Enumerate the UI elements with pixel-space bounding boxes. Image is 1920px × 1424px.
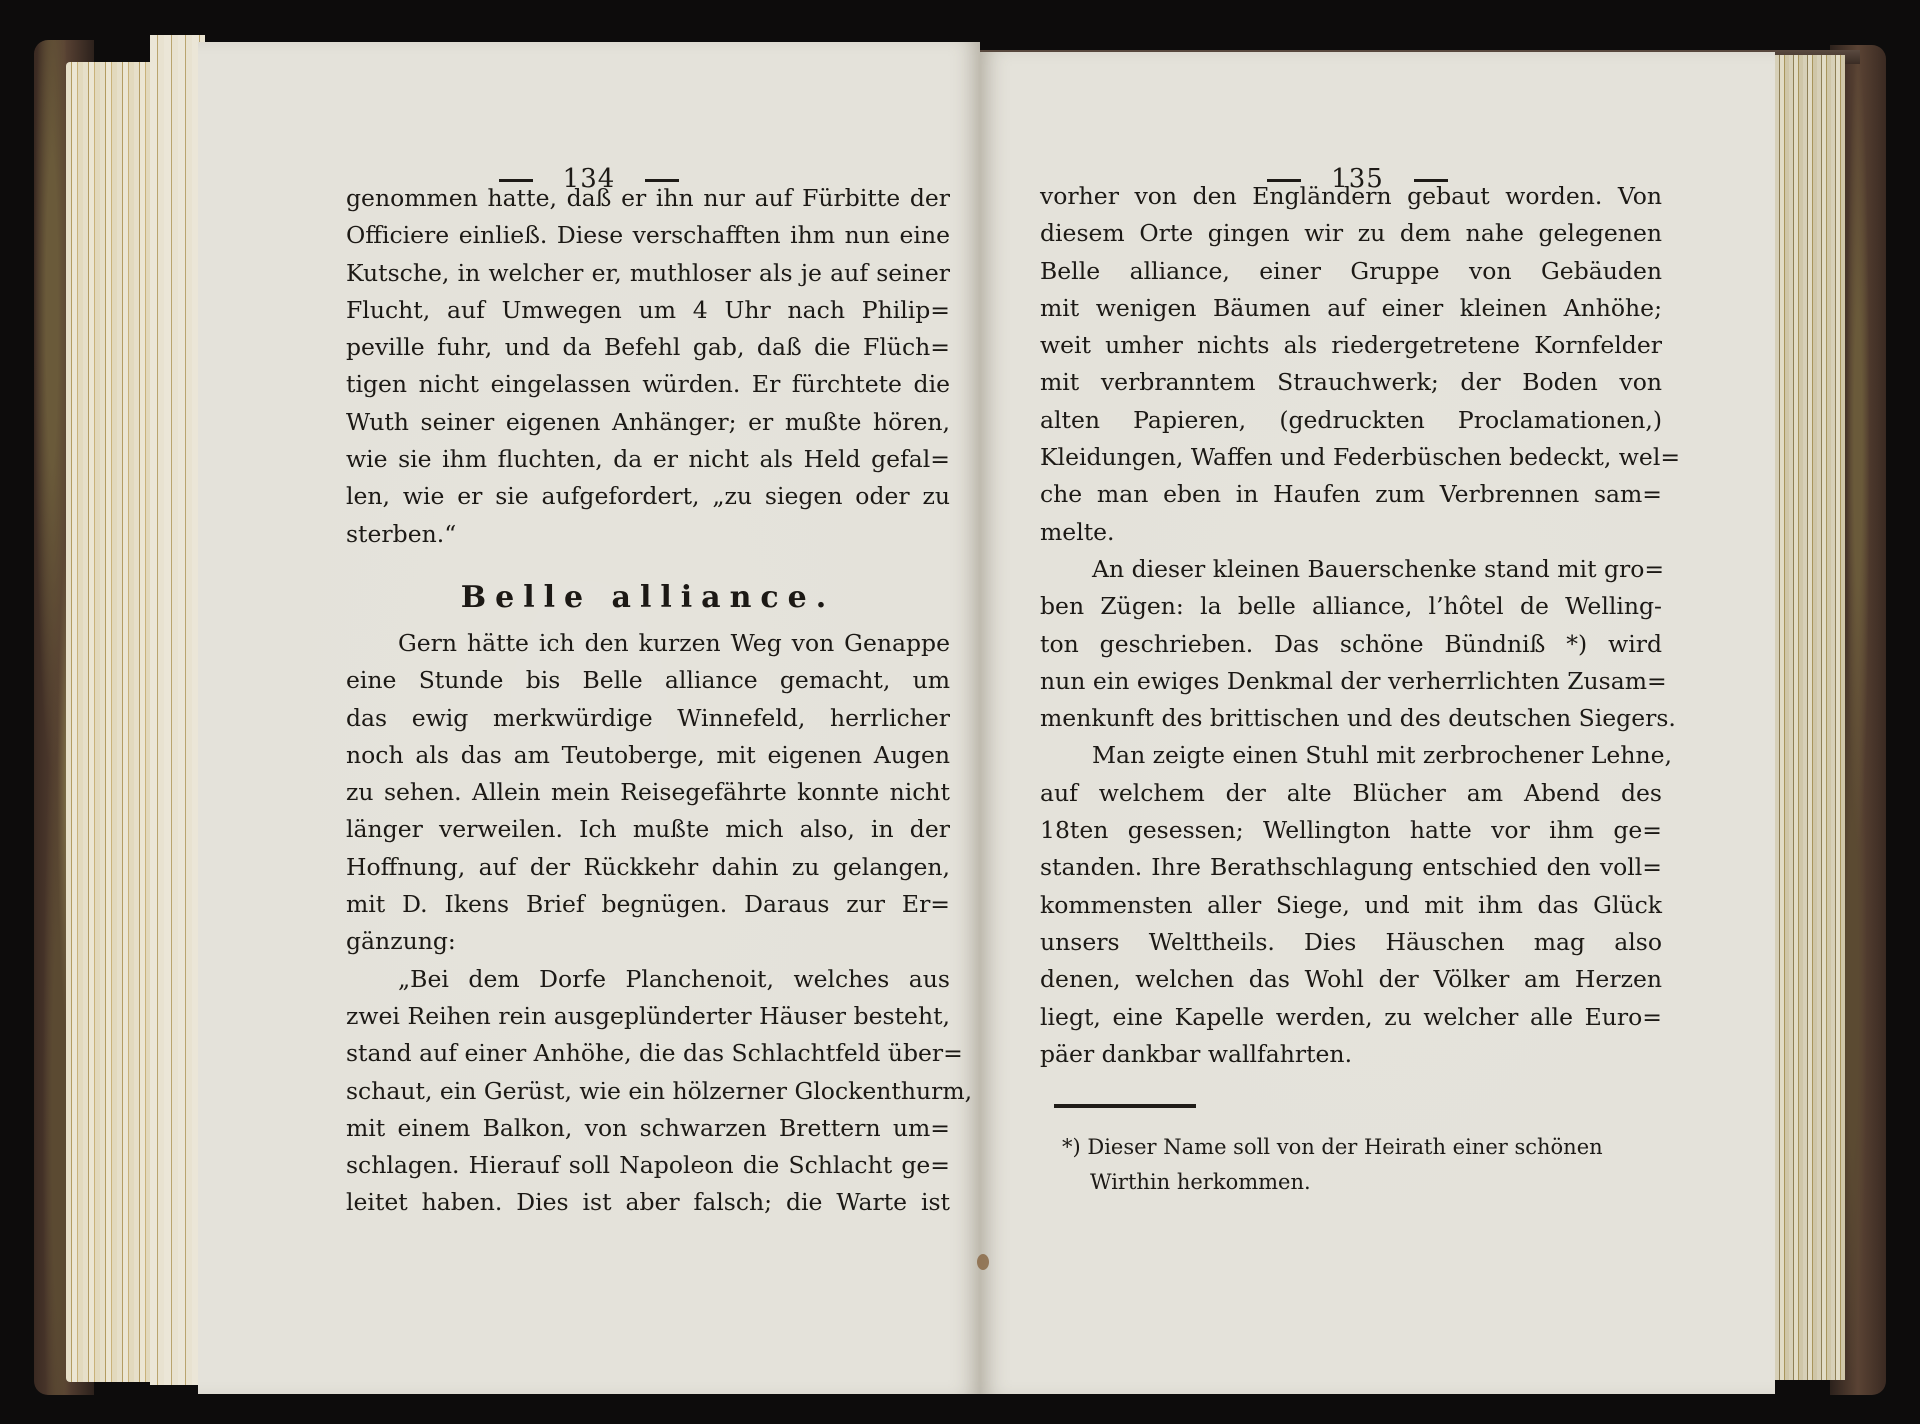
footnote-rule (1054, 1104, 1196, 1108)
text-line: zu sehen. Allein mein Reisegefährte konn… (346, 774, 950, 811)
text-line: mit einem Balkon, von schwarzen Brettern… (346, 1110, 950, 1147)
text-line: unsers Welttheils. Dies Häuschen mag als… (1040, 924, 1662, 961)
text-line: sterben.“ (346, 516, 950, 553)
text-line: Hoffnung, auf der Rückkehr dahin zu gela… (346, 849, 950, 886)
page-edges-right (1775, 55, 1845, 1380)
text-line: Flucht, auf Umwegen um 4 Uhr nach Philip… (346, 292, 950, 329)
text-line: das ewig merkwürdige Winnefeld, herrlich… (346, 700, 950, 737)
text-line: 18ten gesessen; Wellington hatte vor ihm… (1040, 812, 1662, 849)
text-line: An dieser kleinen Bauerschenke stand mit… (1040, 551, 1662, 588)
footnote-line: *) Dieser Name soll von der Heirath eine… (1062, 1130, 1482, 1165)
footnote: *) Dieser Name soll von der Heirath eine… (1062, 1130, 1482, 1200)
text-line: „Bei dem Dorfe Planchenoit, welches aus (346, 961, 950, 998)
text-line: mit wenigen Bäumen auf einer kleinen Anh… (1040, 290, 1662, 327)
text-line: denen, welchen das Wohl der Völker am He… (1040, 961, 1662, 998)
text-line: len, wie er sie aufgefordert, „zu siegen… (346, 478, 950, 515)
page-edges-left-inner (150, 35, 205, 1385)
text-line: auf welchem der alte Blücher am Abend de… (1040, 775, 1662, 812)
text-line: noch als das am Teutoberge, mit eigenen … (346, 737, 950, 774)
text-line: Gern hätte ich den kurzen Weg von Genapp… (346, 625, 950, 662)
text-line: peville fuhr, und da Befehl gab, daß die… (346, 329, 950, 366)
text-line: zwei Reihen rein ausgeplünderter Häuser … (346, 998, 950, 1035)
text-line: kommensten aller Siege, und mit ihm das … (1040, 887, 1662, 924)
footnote-line: Wirthin herkommen. (1062, 1165, 1482, 1200)
text-line: schaut, ein Gerüst, wie ein hölzerner Gl… (346, 1073, 950, 1110)
text-line: Officiere einließ. Diese verschafften ih… (346, 217, 950, 254)
text-line: Belle alliance, einer Gruppe von Gebäude… (1040, 253, 1662, 290)
text-line: eine Stunde bis Belle alliance gemacht, … (346, 662, 950, 699)
text-line: gänzung: (346, 923, 950, 960)
text-line: menkunft des brittischen und des deutsch… (1040, 700, 1662, 737)
text-line: genommen hatte, daß er ihn nur auf Fürbi… (346, 180, 950, 217)
right-page-body: vorher von den Engländern gebaut worden.… (1040, 178, 1662, 1073)
text-line: weit umher nichts als riedergetretene Ko… (1040, 327, 1662, 364)
text-line: melte. (1040, 514, 1662, 551)
text-line: liegt, eine Kapelle werden, zu welcher a… (1040, 999, 1662, 1036)
text-line: schlagen. Hierauf soll Napoleon die Schl… (346, 1147, 950, 1184)
text-line: tigen nicht eingelassen würden. Er fürch… (346, 366, 950, 403)
text-line: wie sie ihm fluchten, da er nicht als He… (346, 441, 950, 478)
text-line: mit D. Ikens Brief begnügen. Daraus zur … (346, 886, 950, 923)
text-line: länger verweilen. Ich mußte mich also, i… (346, 811, 950, 848)
text-line: Kutsche, in welcher er, muthloser als je… (346, 255, 950, 292)
text-line: Man zeigte einen Stuhl mit zerbrochener … (1040, 737, 1662, 774)
text-line: diesem Orte gingen wir zu dem nahe geleg… (1040, 215, 1662, 252)
text-line: che man eben in Haufen zum Verbrennen sa… (1040, 476, 1662, 513)
text-line: alten Papieren, (gedruckten Proclamation… (1040, 402, 1662, 439)
text-line: standen. Ihre Berathschlagung entschied … (1040, 849, 1662, 886)
paper-stain (977, 1254, 989, 1270)
text-line: stand auf einer Anhöhe, die das Schlacht… (346, 1035, 950, 1072)
section-heading: Belle alliance. (346, 571, 950, 625)
text-line: ben Zügen: la belle alliance, l’hôtel de… (1040, 588, 1662, 625)
text-line: ton geschrieben. Das schöne Bündniß *) w… (1040, 626, 1662, 663)
left-page-body: genommen hatte, daß er ihn nur auf Fürbi… (346, 180, 950, 1222)
text-line: päer dankbar wallfahrten. (1040, 1036, 1662, 1073)
text-line: mit verbranntem Strauchwerk; der Boden v… (1040, 364, 1662, 401)
text-line: Kleidungen, Waffen und Federbüschen bede… (1040, 439, 1662, 476)
text-line: leitet haben. Dies ist aber falsch; die … (346, 1184, 950, 1221)
text-line: vorher von den Engländern gebaut worden.… (1040, 178, 1662, 215)
text-line: Wuth seiner eigenen Anhänger; er mußte h… (346, 404, 950, 441)
text-line: nun ein ewiges Denkmal der verherrlichte… (1040, 663, 1662, 700)
